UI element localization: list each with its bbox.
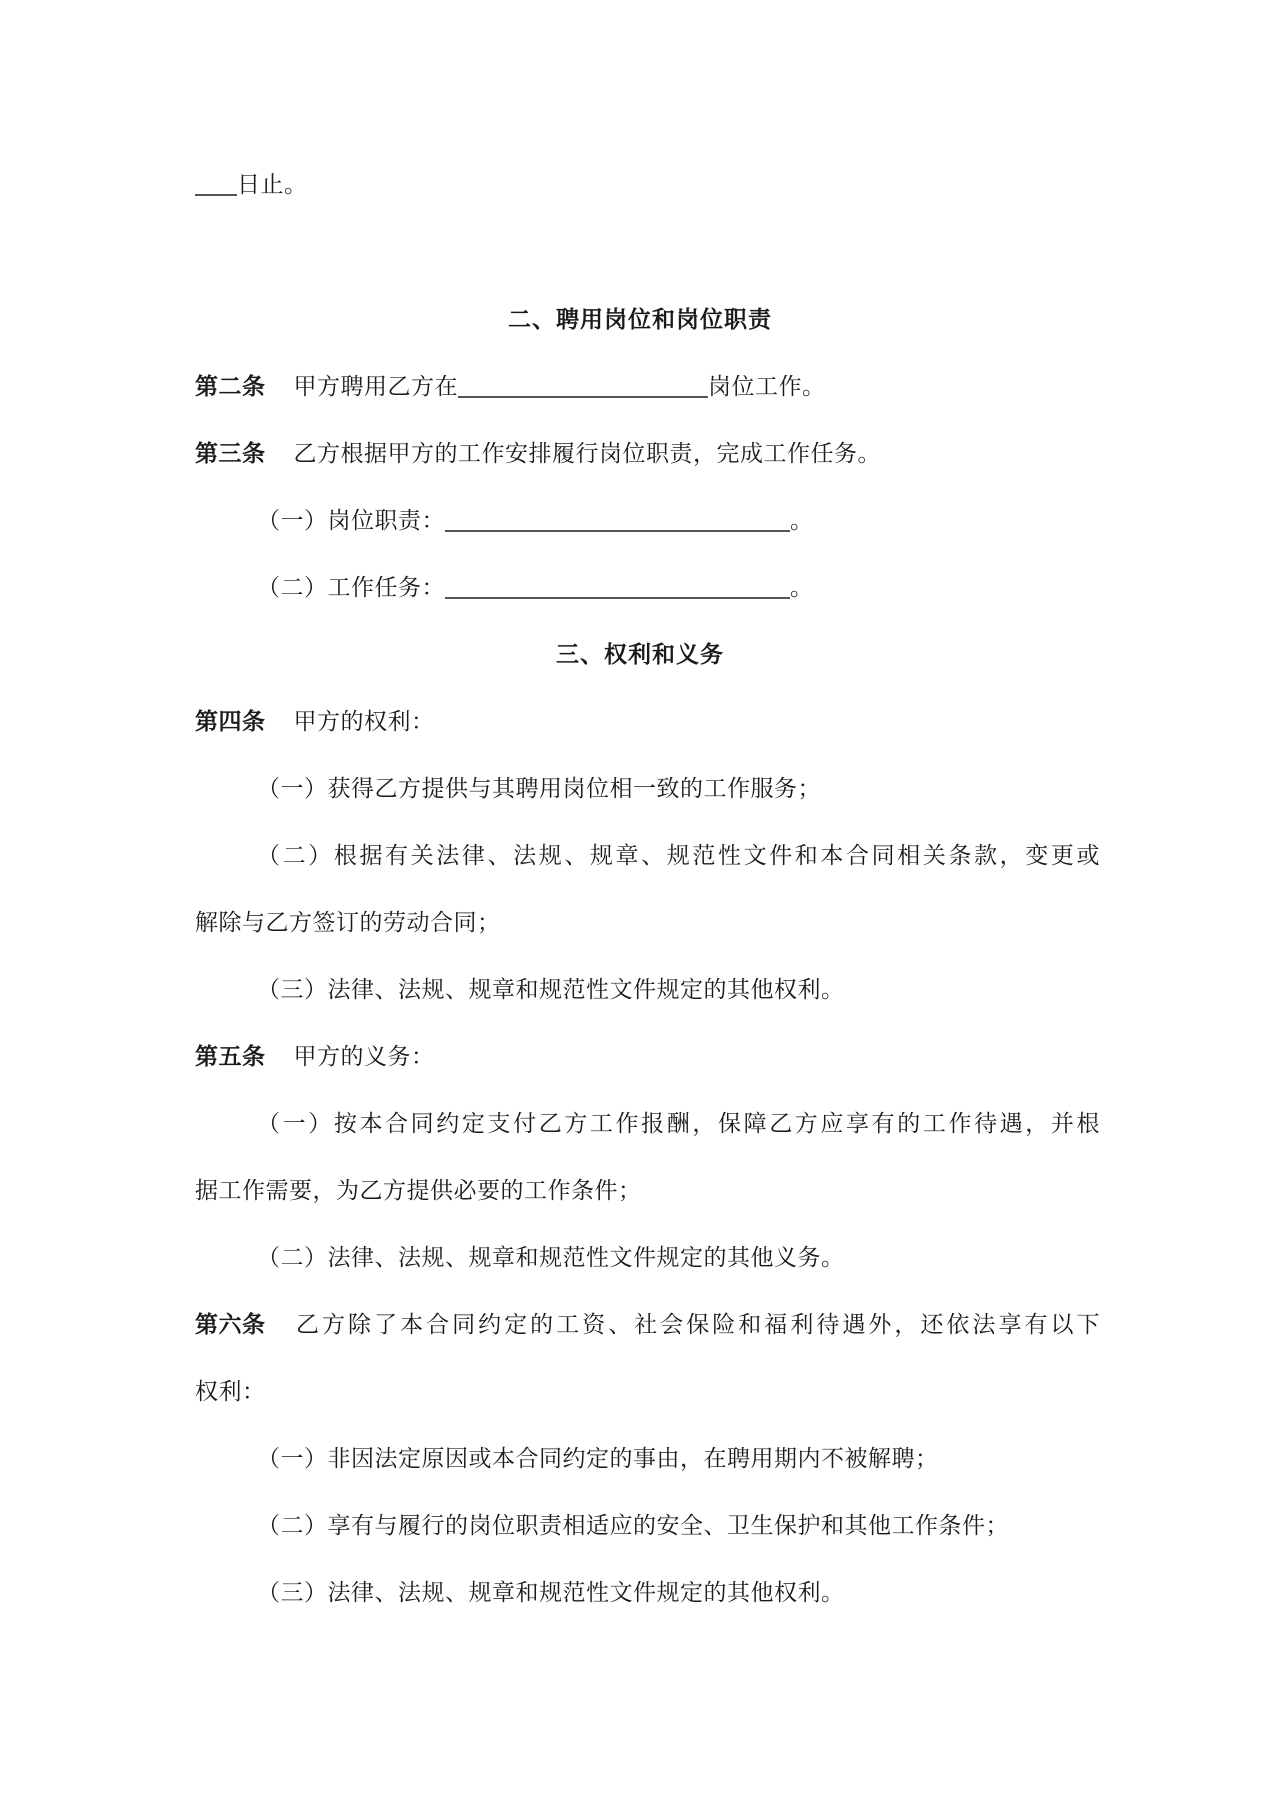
list-item: （三）法律、法规、规章和规范性文件规定的其他权利。 (195, 1573, 1100, 1613)
article-label: 第六条 (195, 1305, 266, 1345)
list-item: （一）获得乙方提供与其聘用岗位相一致的工作服务； (195, 769, 1100, 809)
line-text: （二）工作任务： (257, 575, 445, 601)
article-6: 第六条乙方除了本合同约定的工资、社会保险和福利待遇外，还依法享有以下 (195, 1305, 1100, 1345)
article-3: 第三条乙方根据甲方的工作安排履行岗位职责，完成工作任务。 (195, 434, 1100, 474)
line-text: 乙方除了本合同约定的工资、社会保险和福利待遇外，还依法享有以下 (294, 1312, 1101, 1338)
article-label: 第五条 (195, 1037, 266, 1077)
list-item: （一）非因法定原因或本合同约定的事由，在聘用期内不被解聘； (195, 1439, 1100, 1479)
blank-field (195, 168, 237, 196)
list-item: （二）根据有关法律、法规、规章、规范性文件和本合同相关条款，变更或 (195, 836, 1100, 876)
section-heading: 三、权利和义务 (0, 635, 1280, 675)
line-text: 日止。 (237, 172, 308, 198)
blank-field (445, 504, 790, 532)
item-duties: （一）岗位职责：。 (195, 501, 1100, 541)
line-text: 甲方的权利： (294, 709, 435, 735)
date-end-line: 日止。 (195, 165, 1100, 205)
list-item: （二）享有与履行的岗位职责相适应的安全、卫生保护和其他工作条件； (195, 1506, 1100, 1546)
line-text: 甲方的义务： (294, 1044, 435, 1070)
article-label: 第二条 (195, 367, 266, 407)
list-item: （三）法律、法规、规章和规范性文件规定的其他权利。 (195, 970, 1100, 1010)
item-tasks: （二）工作任务：。 (195, 568, 1100, 608)
article-5: 第五条甲方的义务： (195, 1037, 1100, 1077)
list-item: （二）法律、法规、规章和规范性文件规定的其他义务。 (195, 1238, 1100, 1278)
list-item-wrap: 解除与乙方签订的劳动合同； (195, 903, 1100, 943)
blank-field (458, 370, 708, 398)
article-wrap: 权利： (195, 1372, 1100, 1412)
line-text: （一）岗位职责： (257, 508, 445, 534)
line-text: 。 (790, 508, 814, 534)
blank-field (445, 571, 790, 599)
line-text: 乙方根据甲方的工作安排履行岗位职责，完成工作任务。 (294, 441, 882, 467)
section-heading: 二、聘用岗位和岗位职责 (0, 300, 1280, 340)
article-label: 第四条 (195, 702, 266, 742)
article-2: 第二条甲方聘用乙方在岗位工作。 (195, 367, 1100, 407)
line-text: 岗位工作。 (708, 374, 826, 400)
list-item-wrap: 据工作需要，为乙方提供必要的工作条件； (195, 1171, 1100, 1211)
list-item: （一）按本合同约定支付乙方工作报酬，保障乙方应享有的工作待遇，并根 (195, 1104, 1100, 1144)
article-label: 第三条 (195, 434, 266, 474)
line-text: 甲方聘用乙方在 (294, 374, 459, 400)
article-4: 第四条甲方的权利： (195, 702, 1100, 742)
line-text: 。 (790, 575, 814, 601)
